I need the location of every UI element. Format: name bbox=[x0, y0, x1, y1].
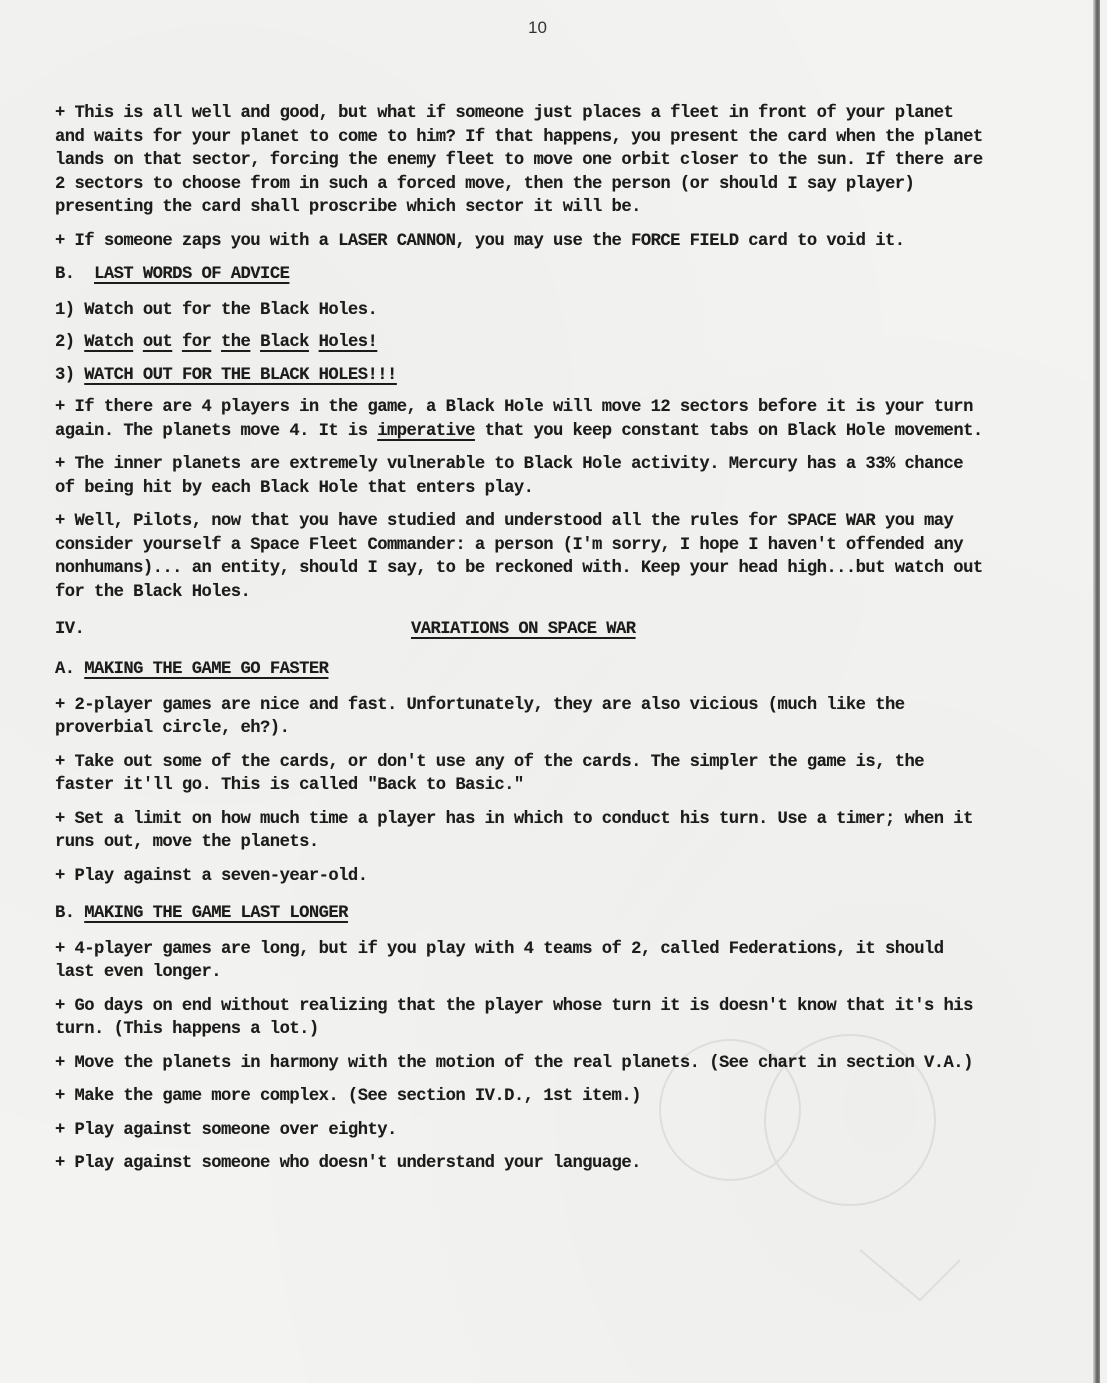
text-run: that you keep constant tabs on Black Hol… bbox=[475, 422, 983, 441]
advice-paragraph-inner-planets: + The inner planets are extremely vulner… bbox=[55, 453, 985, 500]
advice-paragraph-black-hole-moves: + If there are 4 players in the game, a … bbox=[55, 396, 985, 443]
longer-item: + 4-player games are long, but if you pl… bbox=[55, 938, 985, 985]
emphasis-imperative: imperative bbox=[377, 422, 475, 441]
advice-word: Holes! bbox=[319, 333, 378, 352]
subsection-title: MAKING THE GAME GO FASTER bbox=[84, 660, 328, 679]
advice-word: the bbox=[221, 333, 250, 352]
advice-word: for bbox=[182, 333, 211, 352]
subsection-faster-heading: A. MAKING THE GAME GO FASTER bbox=[55, 658, 985, 682]
advice-item-1: 1) Watch out for the Black Holes. bbox=[55, 299, 985, 323]
faster-item: + 2-player games are nice and fast. Unfo… bbox=[55, 694, 985, 741]
advice-word: Black bbox=[260, 333, 309, 352]
section-iv-title: VARIATIONS ON SPACE WAR bbox=[411, 618, 636, 642]
advice-item-number: 3) bbox=[55, 366, 75, 385]
section-iv-heading: IV. VARIATIONS ON SPACE WAR bbox=[55, 618, 985, 642]
advice-item-2: 2) Watch out for the Black Holes! bbox=[55, 331, 985, 355]
advice-item-text: WATCH OUT FOR THE BLACK HOLES!!! bbox=[84, 366, 396, 385]
advice-heading-label: B. bbox=[55, 265, 75, 284]
subsection-title: MAKING THE GAME LAST LONGER bbox=[84, 904, 348, 923]
subsection-longer-heading: B. MAKING THE GAME LAST LONGER bbox=[55, 902, 985, 926]
advice-word: Watch bbox=[84, 333, 133, 352]
page-number: 10 bbox=[528, 18, 547, 38]
advice-item-number: 2) bbox=[55, 333, 75, 352]
bleed-through-illustration bbox=[620, 1000, 980, 1320]
section-iv-number: IV. bbox=[55, 618, 84, 642]
advice-item-number: 1) bbox=[55, 301, 75, 320]
advice-item-3: 3) WATCH OUT FOR THE BLACK HOLES!!! bbox=[55, 364, 985, 388]
advice-paragraph-pilots: + Well, Pilots, now that you have studie… bbox=[55, 510, 985, 604]
intro-paragraph-laser: + If someone zaps you with a LASER CANNO… bbox=[55, 230, 985, 254]
faster-item: + Play against a seven-year-old. bbox=[55, 865, 985, 889]
scanned-page: 10 + This is all well and good, but what… bbox=[0, 0, 1100, 1383]
faster-item: + Set a limit on how much time a player … bbox=[55, 808, 985, 855]
faster-item: + Take out some of the cards, or don't u… bbox=[55, 751, 985, 798]
advice-item-text: Watch out for the Black Holes. bbox=[84, 301, 377, 320]
page-edge-shadow bbox=[1093, 0, 1100, 1383]
advice-word: out bbox=[143, 333, 172, 352]
subsection-label: A. bbox=[55, 660, 75, 679]
advice-heading-title: LAST WORDS OF ADVICE bbox=[94, 265, 289, 284]
intro-paragraph-fleet: + This is all well and good, but what if… bbox=[55, 102, 985, 220]
advice-heading: B. LAST WORDS OF ADVICE bbox=[55, 263, 985, 287]
subsection-label: B. bbox=[55, 904, 75, 923]
